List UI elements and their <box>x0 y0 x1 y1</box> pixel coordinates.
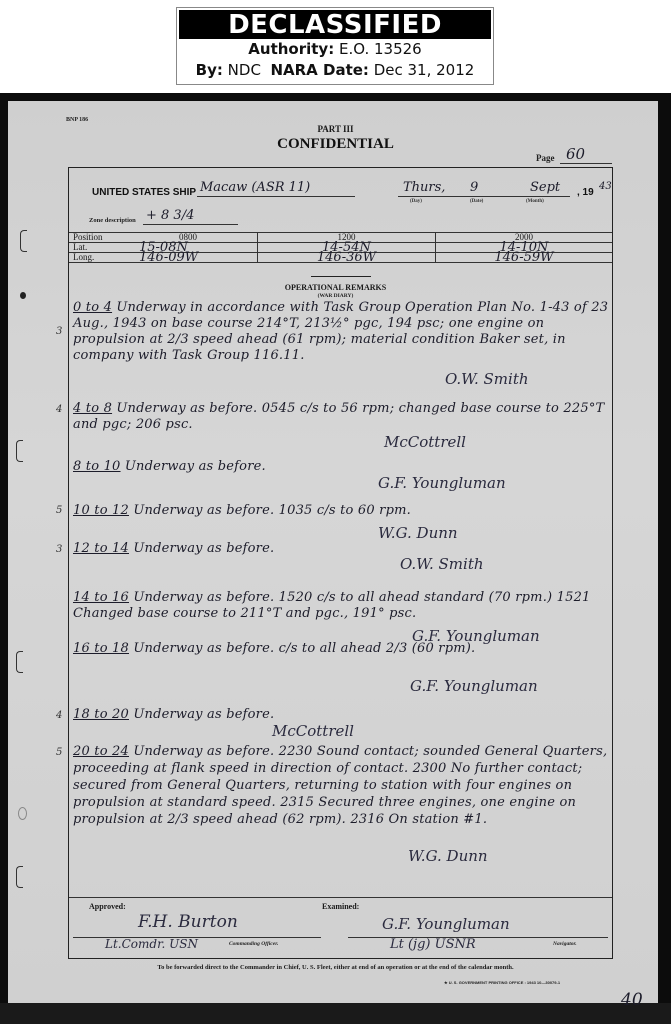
entry-text: Underway as before. <box>125 459 266 474</box>
watch-officer-signature: O.W. Smith <box>400 555 484 573</box>
zone-underline <box>143 224 238 225</box>
date-underline <box>398 196 570 197</box>
page-label: Page <box>536 153 555 163</box>
longitude-row: Long. 146-09W 146-36W 146-59W <box>69 253 612 263</box>
printing-office-note: ★ U. S. GOVERNMENT PRINTING OFFICE : 194… <box>444 980 560 985</box>
nara-value: Dec 31, 2012 <box>374 61 475 79</box>
ship-label: UNITED STATES SHIP <box>92 187 196 198</box>
month-value: Sept <box>530 180 560 195</box>
zone-label: Zone description <box>89 217 136 224</box>
commanding-officer-rank: Lt.Comdr. USN <box>105 937 198 951</box>
watch-label: 18 to 20 <box>73 707 129 722</box>
watch-label: 14 to 16 <box>73 590 129 605</box>
day-sublabel: (Day) <box>410 199 422 204</box>
diary-entry-16-18: 16 to 18 Underway as before. c/s to all … <box>73 641 613 657</box>
diary-entry-10-12: 10 to 12 Underway as before. 1035 c/s to… <box>73 503 613 519</box>
entry-text: Underway as before. 1520 c/s to all ahea… <box>73 590 591 621</box>
nara-label: NARA Date: <box>270 61 368 79</box>
part-heading: PART III <box>0 124 671 134</box>
entry-text: Underway as before. c/s to all ahead 2/3… <box>133 641 475 656</box>
watch-officer-signature: W.G. Dunn <box>378 524 458 542</box>
watch-label: 16 to 18 <box>73 641 129 656</box>
margin-number: 4 <box>56 710 62 721</box>
margin-number: 3 <box>56 544 62 555</box>
diary-entry-4-8: 4 to 8 Underway as before. 0545 c/s to 5… <box>73 401 613 433</box>
hole-punch-mark <box>18 807 27 820</box>
margin-number: 4 <box>56 404 62 415</box>
entry-text: Underway as before. 1035 c/s to 60 rpm. <box>133 503 411 518</box>
authority-label: Authority: <box>248 40 334 58</box>
row-label-position: Position <box>69 233 119 243</box>
diary-entry-20-24: 20 to 24 Underway as before. 2230 Sound … <box>73 743 613 828</box>
long-0800: 146-09W <box>119 253 258 263</box>
row-label-long: Long. <box>69 253 119 263</box>
diary-entry-12-14: 12 to 14 Underway as before. <box>73 541 613 557</box>
diary-entry-8-10: 8 to 10 Underway as before. <box>73 459 613 475</box>
margin-number: 3 <box>56 326 62 337</box>
commanding-officer-label: Commanding Officer. <box>229 941 278 947</box>
entry-text: Underway as before. 2230 Sound contact; … <box>73 744 607 827</box>
hole-punch-mark <box>16 440 23 462</box>
navigator-label: Navigator. <box>553 941 577 947</box>
section-divider <box>311 276 371 277</box>
examined-label: Examined: <box>322 902 359 911</box>
watch-label: 12 to 14 <box>73 541 129 556</box>
hole-punch-mark <box>20 230 27 252</box>
margin-number: 5 <box>56 505 62 516</box>
navigator-signature: G.F. Youngluman <box>382 915 510 933</box>
long-2000: 146-59W <box>435 253 612 263</box>
folio-number: 40 <box>621 990 643 1010</box>
diary-entry-18-20: 18 to 20 Underway as before. <box>73 707 613 723</box>
zone-value: + 8 3/4 <box>146 208 194 223</box>
watch-officer-signature: McCottrell <box>272 722 354 740</box>
position-table: Position 0800 1200 2000 Lat. 15-08N 14-5… <box>69 232 612 263</box>
year-prefix: , 19 <box>577 187 594 198</box>
commanding-officer-signature: F.H. Burton <box>138 912 238 932</box>
day-value: Thurs, <box>403 180 445 195</box>
stamp-title: DECLASSIFIED <box>179 10 491 39</box>
hole-punch-mark <box>16 866 23 888</box>
hole-punch-mark <box>16 651 23 673</box>
watch-label: 4 to 8 <box>73 401 112 416</box>
ship-underline <box>197 196 355 197</box>
watch-officer-signature: McCottrell <box>384 433 466 451</box>
watch-officer-signature: G.F. Youngluman <box>410 677 538 695</box>
remarks-title: OPERATIONAL REMARKS <box>0 283 671 292</box>
navigator-rank: Lt (jg) USNR <box>390 937 476 952</box>
watch-label: 8 to 10 <box>73 459 121 474</box>
watch-officer-signature: W.G. Dunn <box>408 847 488 865</box>
entry-text: Underway as before. <box>133 707 274 722</box>
diary-entry-0-4: 0 to 4 Underway in accordance with Task … <box>73 300 613 364</box>
watch-officer-signature: O.W. Smith <box>445 370 529 388</box>
ship-name: Macaw (ASR 11) <box>200 180 310 195</box>
date-sublabel: (Date) <box>470 199 483 204</box>
page-underline <box>560 163 612 164</box>
commanding-officer-line <box>73 937 321 938</box>
by-value: NDC <box>228 61 261 79</box>
signoff-divider <box>69 897 612 898</box>
row-label-lat: Lat. <box>69 243 119 253</box>
authority-value: E.O. 13526 <box>339 40 422 58</box>
entry-text: Underway as before. 0545 c/s to 56 rpm; … <box>73 401 604 432</box>
entry-text: Underway in accordance with Task Group O… <box>73 300 608 363</box>
watch-officer-signature: G.F. Youngluman <box>378 474 506 492</box>
stamp-by: By: NDC NARA Date: Dec 31, 2012 <box>177 60 493 81</box>
diary-entry-14-16: 14 to 16 Underway as before. 1520 c/s to… <box>73 590 613 622</box>
long-1200: 146-36W <box>258 253 436 263</box>
watch-label: 0 to 4 <box>73 300 112 315</box>
by-label: By: <box>196 61 223 79</box>
entry-text: Underway as before. <box>133 541 274 556</box>
remarks-subtitle: (WAR DIARY) <box>0 293 671 299</box>
scan-bottom-edge <box>0 1003 671 1024</box>
month-sublabel: (Month) <box>526 199 544 204</box>
navigator-line <box>348 937 608 938</box>
year-suffix: 43 <box>599 181 612 192</box>
watch-label: 20 to 24 <box>73 744 129 759</box>
stamp-authority: Authority: E.O. 13526 <box>177 39 493 60</box>
page-number: 60 <box>566 145 585 163</box>
approved-label: Approved: <box>89 902 126 911</box>
watch-label: 10 to 12 <box>73 503 129 518</box>
margin-number: 5 <box>56 747 62 758</box>
form-number: BNP 186 <box>66 117 88 123</box>
date-value: 9 <box>470 180 478 195</box>
forwarding-instruction: To be forwarded direct to the Commander … <box>0 964 671 971</box>
declassification-stamp: DECLASSIFIED Authority: E.O. 13526 By: N… <box>176 7 494 85</box>
